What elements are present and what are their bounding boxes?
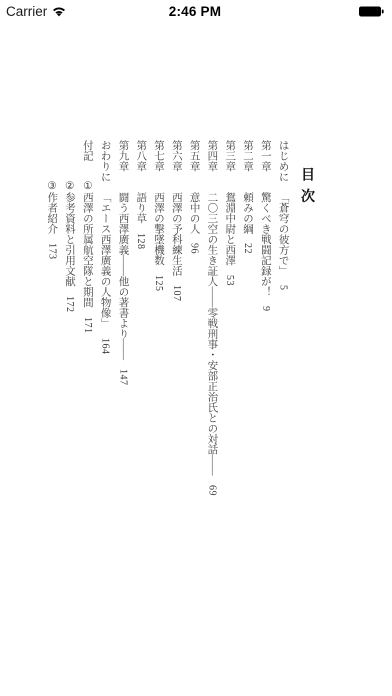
toc-entry: 第四章二〇三空の生き証人――零戦刑事・安部正治氏との対話――69 bbox=[206, 140, 218, 560]
reader-page[interactable]: Carrier 2:46 PM 目次 はじめに「蒼穹の彼方で」5 bbox=[0, 0, 392, 696]
toc-entry-label: おわりに bbox=[99, 140, 110, 192]
toc-entry: 第七章西澤の撃墜機数125 bbox=[152, 140, 164, 560]
toc-entry-chapter: 第五章 bbox=[188, 140, 199, 172]
table-of-contents: 目次 はじめに「蒼穹の彼方で」5 第一章驚くべき戦闘記録が！9 第二章頼みの綱2… bbox=[39, 140, 314, 560]
toc-entries: はじめに「蒼穹の彼方で」5 第一章驚くべき戦闘記録が！9 第二章頼みの綱22 第… bbox=[45, 140, 288, 560]
toc-entry-title: 西澤の撃墜機数 bbox=[153, 192, 164, 266]
toc-entry: 第六章西澤の予科練生活107 bbox=[170, 140, 182, 560]
toc-entry: 第二章頼みの綱22 bbox=[241, 140, 253, 560]
toc-entry: はじめに「蒼穹の彼方で」5 bbox=[277, 140, 289, 560]
toc-entry-page-number: 107 bbox=[171, 285, 182, 302]
toc-entry-title: 「蒼穹の彼方で」 bbox=[278, 192, 289, 276]
toc-entry-page-number: 69 bbox=[206, 485, 217, 496]
toc-entry-chapter: 第二章 bbox=[242, 140, 253, 172]
toc-entry-page-number: 164 bbox=[100, 338, 111, 355]
toc-entry-label: 第七章 bbox=[153, 140, 164, 192]
toc-entry-chapter: 第六章 bbox=[171, 140, 182, 172]
toc-entry-title: 西澤の予科練生活 bbox=[171, 192, 182, 276]
toc-entry: 第三章鴛淵中尉と西澤53 bbox=[223, 140, 235, 560]
toc-entry-page-number: 172 bbox=[64, 296, 75, 313]
toc-entry-label: 第二章 bbox=[242, 140, 253, 192]
toc-entry-chapter: 第七章 bbox=[153, 140, 164, 172]
toc-entry: ②参考資料と引用文献172 bbox=[63, 140, 75, 560]
status-bar-left: Carrier bbox=[6, 4, 136, 19]
toc-entry-chapter: 第九章 bbox=[117, 140, 128, 172]
battery-icon bbox=[359, 6, 384, 17]
toc-entry: 第九章闘う西澤廣義――他の著書より――147 bbox=[117, 140, 129, 560]
toc-entry-page-number: 125 bbox=[153, 275, 164, 292]
status-bar-right bbox=[254, 6, 384, 17]
toc-entry: 第八章語り草128 bbox=[134, 140, 146, 560]
carrier-label: Carrier bbox=[6, 4, 47, 19]
toc-entry-chapter: おわりに bbox=[99, 140, 110, 182]
toc-entry-label: 付記① bbox=[82, 140, 93, 192]
toc-entry-page-number: 147 bbox=[117, 369, 128, 386]
toc-entry-label: 第五章 bbox=[188, 140, 199, 192]
toc-entry-chapter: 第一章 bbox=[259, 140, 270, 172]
toc-entry-title: 闘う西澤廣義――他の著書より―― bbox=[117, 192, 128, 360]
toc-entry-page-number: 5 bbox=[278, 285, 289, 291]
toc-entry: おわりに「エース西澤廣義の人物像」164 bbox=[99, 140, 111, 560]
toc-entry-title: 鴛淵中尉と西澤 bbox=[224, 192, 235, 266]
toc-entry: 第五章意中の人96 bbox=[188, 140, 200, 560]
toc-entry-page-number: 128 bbox=[135, 233, 146, 250]
toc-entry-label: 第三章 bbox=[224, 140, 235, 192]
toc-entry-page-number: 9 bbox=[260, 306, 271, 312]
toc-entry-title: 参考資料と引用文献 bbox=[64, 192, 75, 287]
toc-entry-label: 第一章 bbox=[259, 140, 270, 192]
toc-entry-label: ③ bbox=[46, 140, 57, 192]
toc-entry-page-number: 173 bbox=[46, 243, 57, 260]
toc-entry-title: 驚くべき戦闘記録が！ bbox=[260, 192, 271, 297]
toc-entry-page-number: 53 bbox=[224, 275, 235, 286]
toc-entry-number-mark: ② bbox=[63, 180, 74, 192]
toc-title: 目次 bbox=[299, 140, 314, 560]
toc-entry-page-number: 171 bbox=[82, 317, 93, 334]
toc-entry-label: ② bbox=[63, 140, 74, 192]
toc-entry-chapter: 付記 bbox=[82, 140, 93, 161]
toc-entry-title: 意中の人 bbox=[189, 192, 200, 234]
toc-entry: 付記①西澤の所属航空隊と期間171 bbox=[81, 140, 93, 560]
toc-entry-chapter: 第四章 bbox=[206, 140, 217, 172]
toc-entry: 第一章驚くべき戦闘記録が！9 bbox=[259, 140, 271, 560]
toc-entry-title: 「エース西澤廣義の人物像」 bbox=[100, 192, 111, 329]
toc-entry-title: 作者紹介 bbox=[46, 192, 57, 234]
wifi-icon bbox=[52, 6, 66, 17]
toc-entry-page-number: 22 bbox=[242, 243, 253, 254]
toc-entry-chapter: はじめに bbox=[277, 140, 288, 182]
toc-entry-title: 頼みの綱 bbox=[242, 192, 253, 234]
toc-entry-label: 第八章 bbox=[135, 140, 146, 192]
toc-entry-title: 二〇三空の生き証人――零戦刑事・安部正治氏との対話―― bbox=[206, 192, 217, 476]
toc-entry-label: 第九章 bbox=[117, 140, 128, 192]
toc-entry-label: 第四章 bbox=[206, 140, 217, 192]
toc-entry-title: 西澤の所属航空隊と期間 bbox=[82, 192, 93, 308]
toc-entry-chapter: 第八章 bbox=[135, 140, 146, 172]
toc-entry-label: 第六章 bbox=[171, 140, 182, 192]
status-time: 2:46 PM bbox=[136, 4, 254, 19]
toc-entry-number-mark: ③ bbox=[46, 180, 57, 192]
toc-entry-chapter: 第三章 bbox=[224, 140, 235, 172]
toc-entry-number-mark: ① bbox=[82, 180, 93, 192]
status-bar: Carrier 2:46 PM bbox=[0, 0, 392, 20]
toc-entry-page-number: 96 bbox=[189, 243, 200, 254]
toc-entry: ③作者紹介173 bbox=[45, 140, 57, 560]
toc-entry-label: はじめに bbox=[277, 140, 288, 192]
toc-entry-title: 語り草 bbox=[135, 192, 146, 224]
